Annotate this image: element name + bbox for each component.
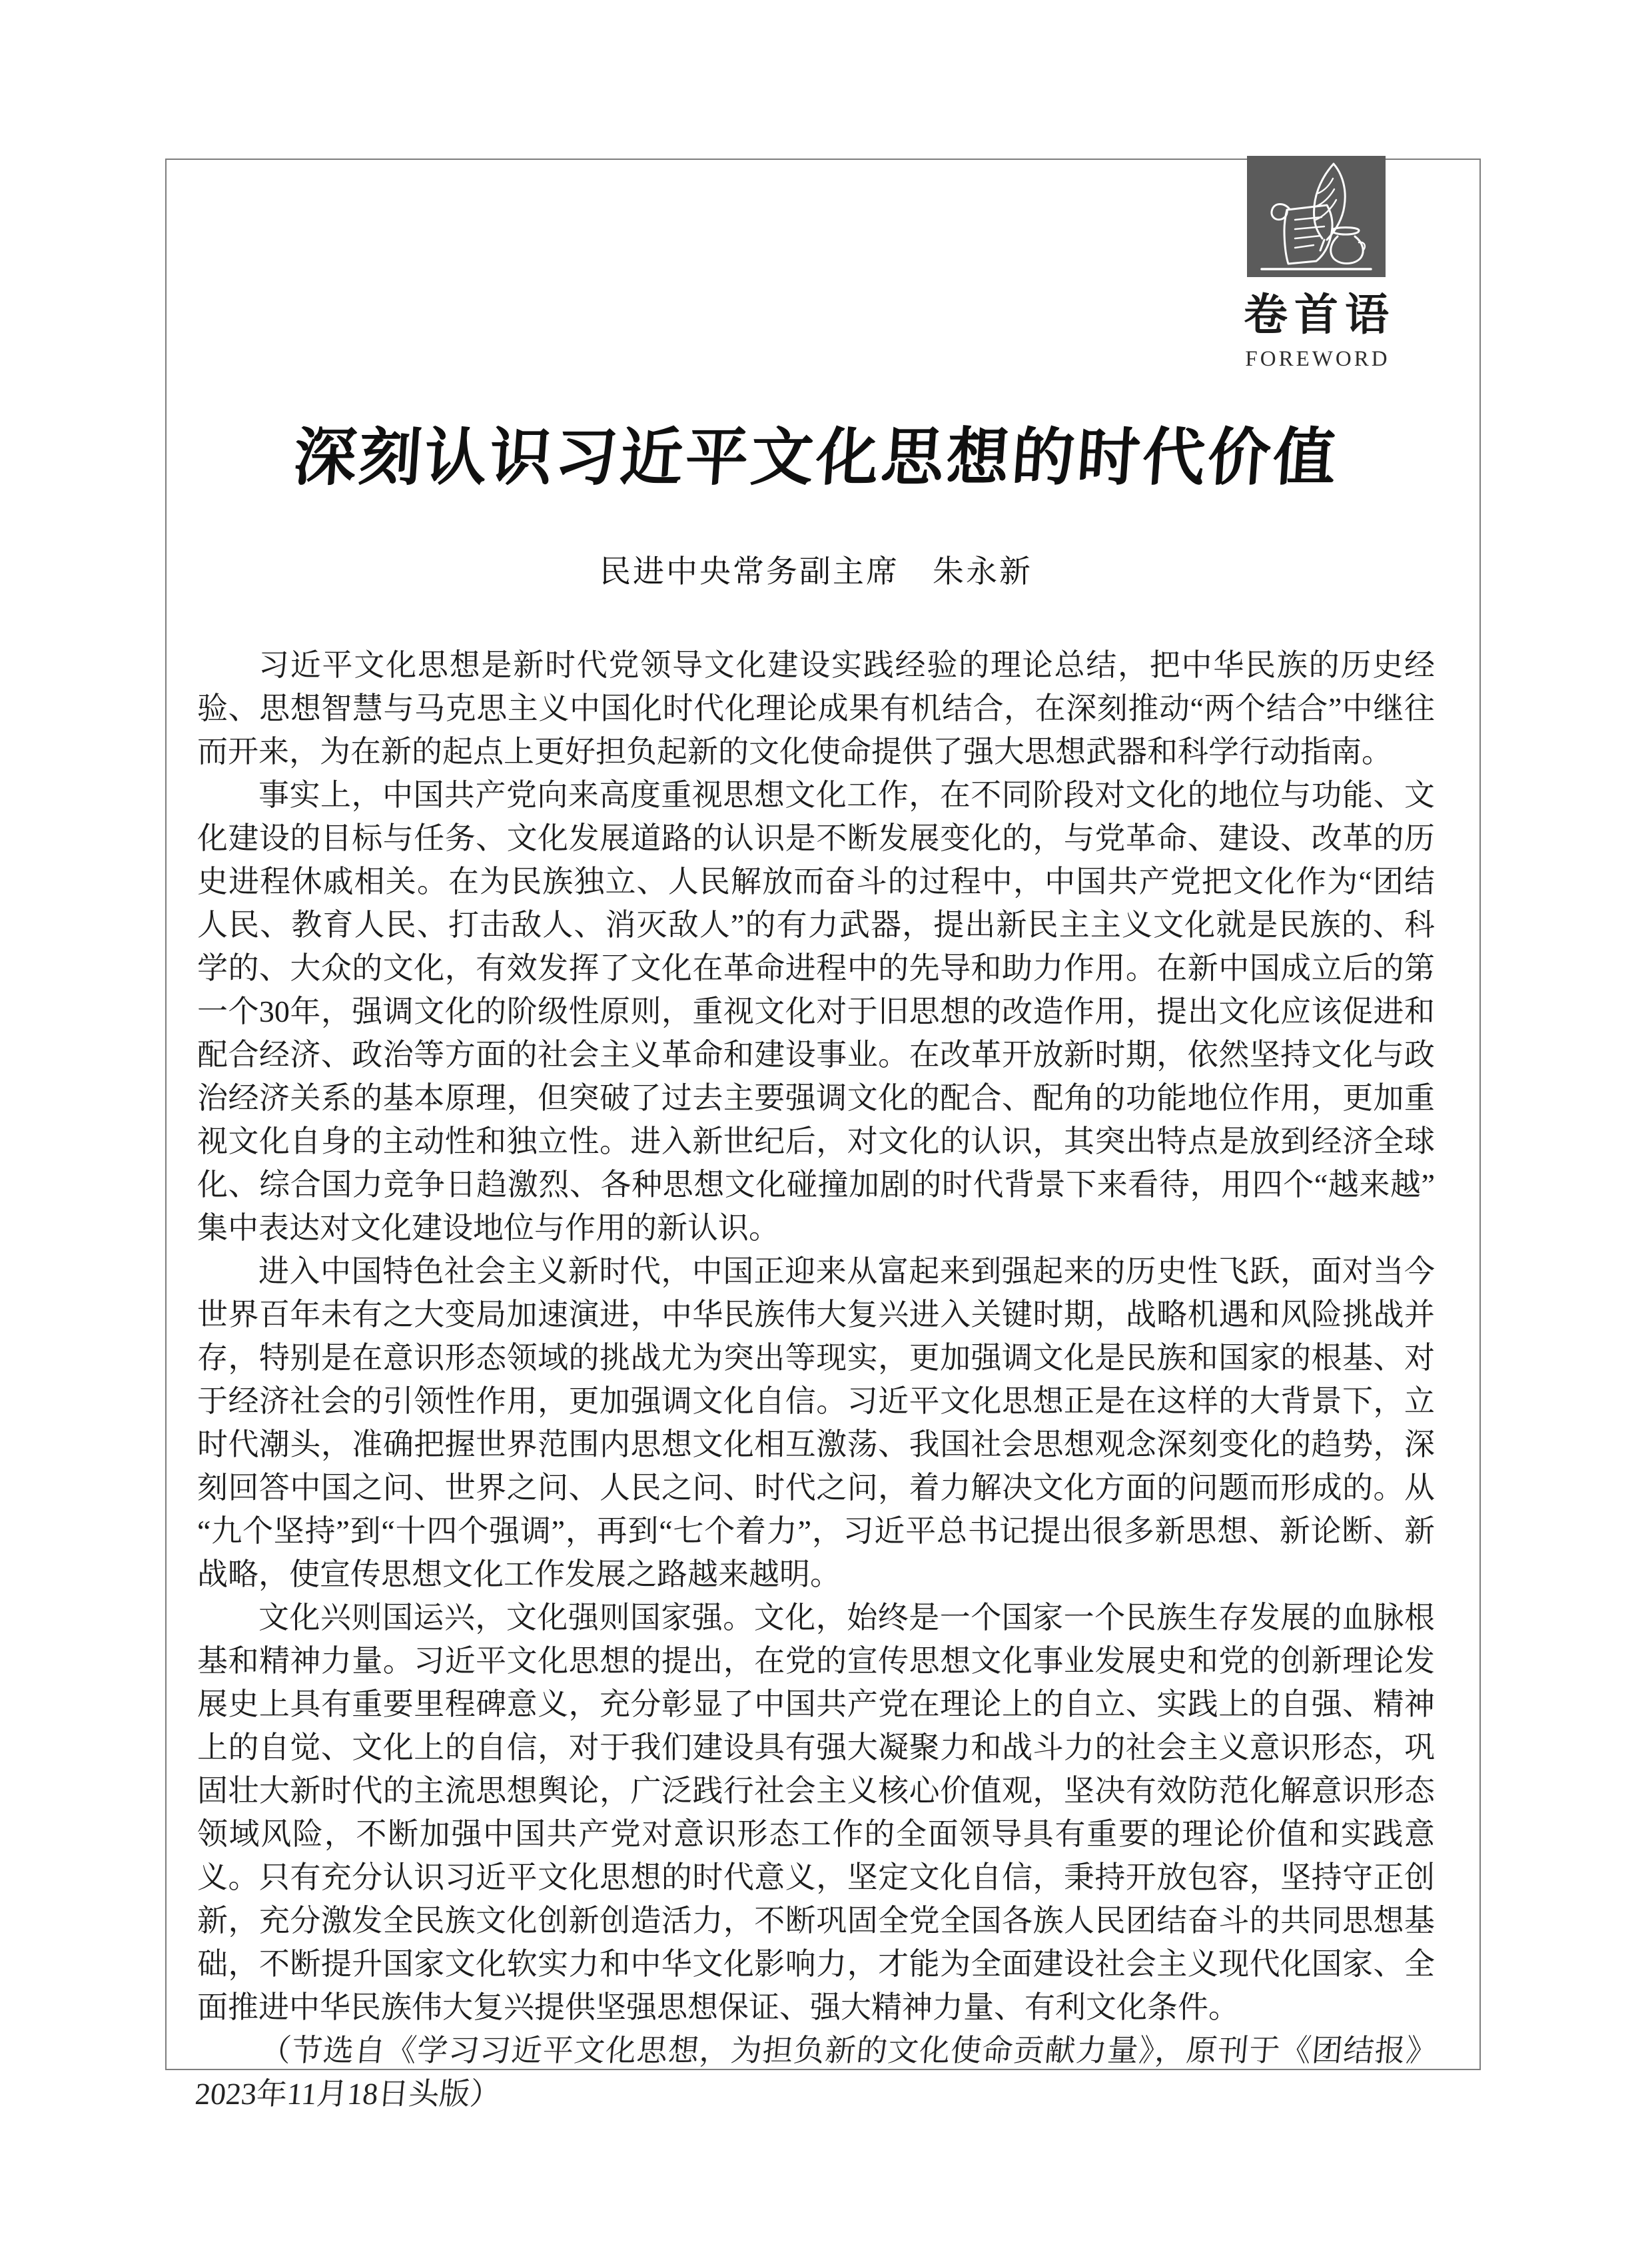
article-citation: （节选自《学习习近平文化思想，为担负新的文化使命贡献力量》，原刊于《团结报》20…: [193, 2029, 1438, 2115]
foreword-corner-block: 卷首语 FOREWORD: [1207, 292, 1426, 372]
foreword-page: 卷首语 FOREWORD 深刻认识习近平文化思想的时代价值 民进中央常务副主席 …: [0, 0, 1652, 2242]
body-paragraph: 事实上，中国共产党向来高度重视思想文化工作，在不同阶段对文化的地位与功能、文化建…: [197, 773, 1435, 1250]
body-paragraph: 进入中国特色社会主义新时代，中国正迎来从富起来到强起来的历史性飞跃，面对当今世界…: [197, 1250, 1435, 1596]
article: 深刻认识习近平文化思想的时代价值 民进中央常务副主席 朱永新 习近平文化思想是新…: [197, 424, 1435, 2115]
corner-label-cn: 卷首语: [1207, 292, 1426, 340]
body-paragraph: 文化兴则国运兴，文化强则国家强。文化，始终是一个国家一个民族生存发展的血脉根基和…: [197, 1596, 1435, 2029]
foreword-icon-box: [1247, 156, 1386, 277]
corner-label-en: FOREWORD: [1207, 347, 1426, 372]
quill-scroll-inkwell-icon: [1247, 156, 1386, 277]
body-paragraph: 习近平文化思想是新时代党领导文化建设实践经验的理论总结，把中华民族的历史经验、思…: [197, 643, 1435, 773]
article-body: 习近平文化思想是新时代党领导文化建设实践经验的理论总结，把中华民族的历史经验、思…: [197, 643, 1435, 2115]
article-title: 深刻认识习近平文化思想的时代价值: [195, 424, 1437, 494]
article-byline: 民进中央常务副主席 朱永新: [197, 547, 1435, 591]
